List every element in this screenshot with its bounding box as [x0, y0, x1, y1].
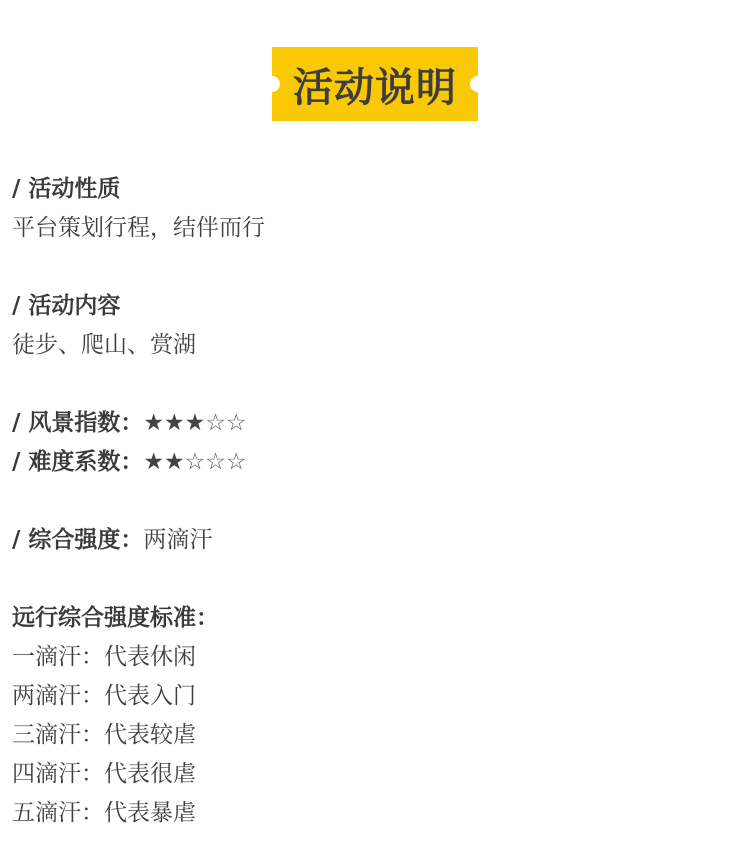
scenery-rating-row: / 风景指数：★★★☆☆ — [12, 404, 732, 443]
spacer — [12, 560, 732, 599]
star-filled-icon: ★★★ — [143, 410, 205, 436]
star-empty-icon: ☆☆☆ — [185, 449, 247, 475]
star-empty-icon: ☆☆ — [205, 410, 246, 436]
spacer — [12, 248, 732, 287]
spacer — [12, 482, 732, 521]
standard-desc: 代表较虐 — [104, 722, 196, 748]
activity-description: / 活动性质 平台策划行程，结伴而行 / 活动内容 徒步、爬山、赏湖 / 风景指… — [12, 170, 732, 833]
section-text-content: 徒步、爬山、赏湖 — [12, 326, 732, 365]
standard-item: 一滴汗：代表休闲 — [12, 638, 732, 677]
star-filled-icon: ★★ — [143, 449, 184, 475]
standard-item: 四滴汗：代表很虐 — [12, 755, 732, 794]
standard-desc: 代表很虐 — [104, 761, 196, 787]
title-badge: 活动说明 — [272, 47, 478, 121]
section-heading-nature: / 活动性质 — [12, 170, 732, 209]
standard-item: 五滴汗：代表暴虐 — [12, 794, 732, 833]
standard-item: 两滴汗：代表入门 — [12, 677, 732, 716]
standard-desc: 代表暴虐 — [104, 800, 196, 826]
spacer — [12, 365, 732, 404]
standard-item: 三滴汗：代表较虐 — [12, 716, 732, 755]
difficulty-rating-row: / 难度系数：★★☆☆☆ — [12, 443, 732, 482]
intensity-value: 两滴汗 — [143, 527, 212, 553]
standard-level: 四滴汗： — [12, 761, 104, 787]
standard-desc: 代表入门 — [104, 683, 196, 709]
section-text-nature: 平台策划行程，结伴而行 — [12, 209, 732, 248]
section-heading-content: / 活动内容 — [12, 287, 732, 326]
standard-desc: 代表休闲 — [104, 644, 196, 670]
standard-level: 三滴汗： — [12, 722, 104, 748]
intensity-label: / 综合强度： — [12, 527, 143, 553]
standard-level: 两滴汗： — [12, 683, 104, 709]
difficulty-label: / 难度系数： — [12, 449, 143, 475]
standard-level: 一滴汗： — [12, 644, 104, 670]
intensity-row: / 综合强度：两滴汗 — [12, 521, 732, 560]
standard-heading: 远行综合强度标准： — [12, 599, 732, 638]
scenery-stars: ★★★☆☆ — [143, 410, 246, 436]
badge-notch-left — [264, 76, 280, 92]
page-title: 活动说明 — [293, 56, 457, 113]
scenery-label: / 风景指数： — [12, 410, 143, 436]
difficulty-stars: ★★☆☆☆ — [143, 449, 246, 475]
badge-notch-right — [470, 76, 486, 92]
standard-level: 五滴汗： — [12, 800, 104, 826]
